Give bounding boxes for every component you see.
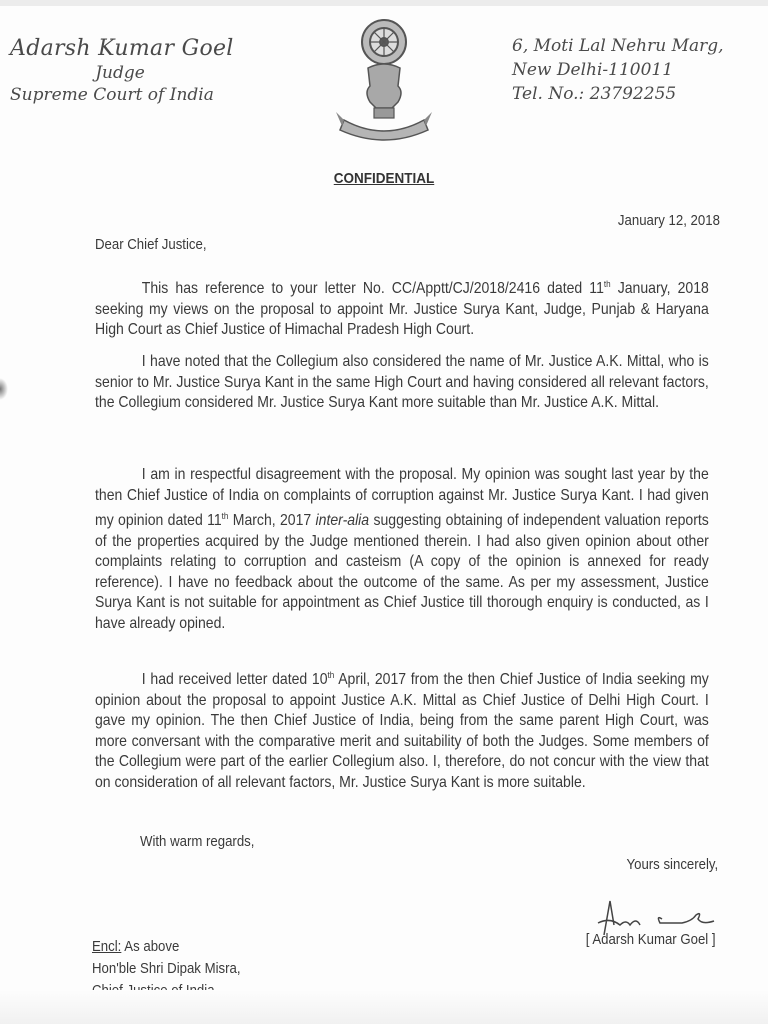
sender-title: Judge <box>10 63 230 83</box>
letterhead-sender: Adarsh Kumar Goel Judge Supreme Court of… <box>10 36 250 105</box>
sign-off: Yours sincerely, <box>626 856 718 873</box>
letterhead-address: 6, Moti Lal Nehru Marg, New Delhi-110011… <box>512 34 724 106</box>
national-emblem-icon <box>332 16 436 144</box>
paragraph-4: I had received letter dated 10th April, … <box>95 665 709 793</box>
paragraph-1: This has reference to your letter No. CC… <box>95 274 709 341</box>
scan-artifact <box>0 378 8 400</box>
recipient-name: Hon'ble Shri Dipak Misra, <box>92 958 241 980</box>
address-line-1: 6, Moti Lal Nehru Marg, <box>512 34 724 58</box>
confidential-heading: CONFIDENTIAL <box>38 170 729 187</box>
paragraph-2: I have noted that the Collegium also con… <box>95 352 709 414</box>
enclosure-line: Encl: As above <box>92 936 241 958</box>
paragraph-3: I am in respectful disagreement with the… <box>95 465 709 634</box>
sender-court: Supreme Court of India <box>10 85 250 105</box>
bottom-edge <box>0 990 768 1024</box>
sender-name: Adarsh Kumar Goel <box>10 36 250 61</box>
closing-line: With warm regards, <box>140 833 254 850</box>
address-line-2: New Delhi-110011 <box>512 58 724 82</box>
signatory-name: [ Adarsh Kumar Goel ] <box>586 931 716 948</box>
letter-date: January 12, 2018 <box>618 212 720 229</box>
top-edge <box>0 0 768 6</box>
salutation: Dear Chief Justice, <box>95 236 207 253</box>
phone-number: Tel. No.: 23792255 <box>512 82 724 106</box>
